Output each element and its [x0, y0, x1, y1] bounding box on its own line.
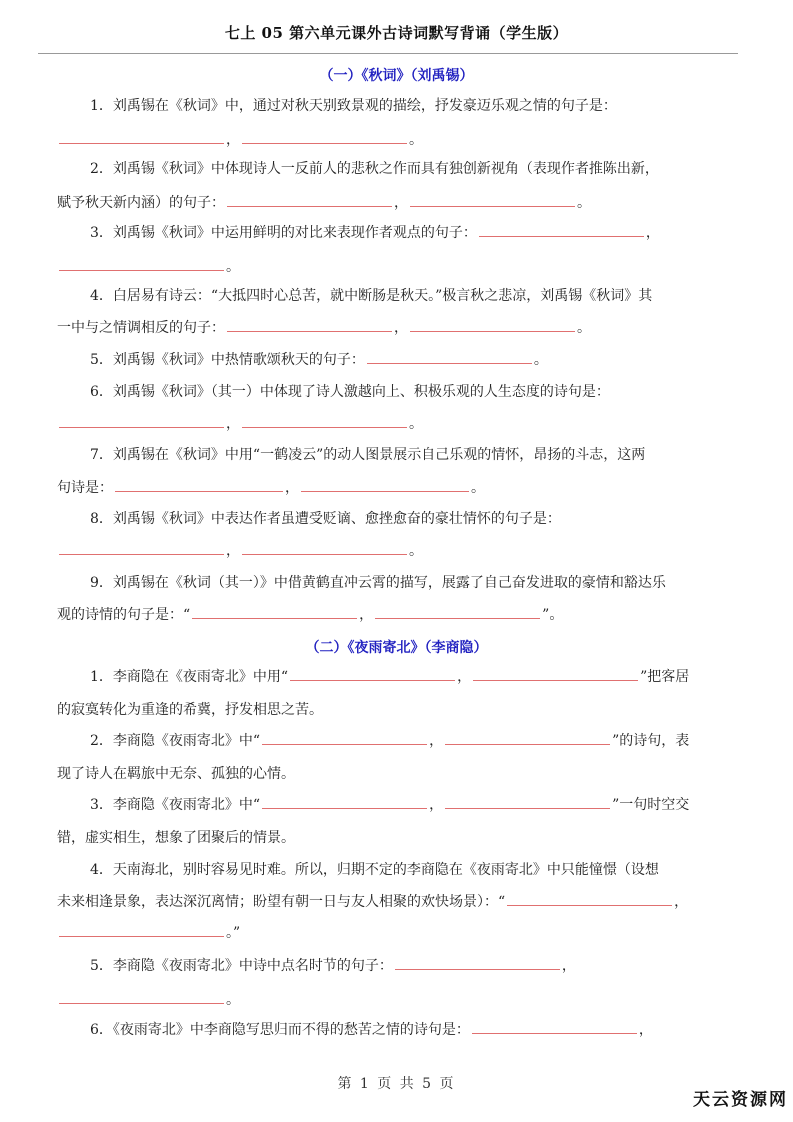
answer-blank[interactable] [410, 319, 575, 332]
question-2-4-cont: 未来相逢景象，表达深沉离情；盼望有朝一日与友人相聚的欢快场景）：“， [57, 893, 688, 911]
answer-blank[interactable] [59, 991, 224, 1004]
answer-blank[interactable] [242, 542, 407, 555]
question-2-1-cont: 的寂寞转化为重逢的希冀，抒发相思之苦。 [57, 701, 323, 719]
question-1-5: 5．刘禹锡《秋词》中热情歌颂秋天的句子：。 [90, 351, 548, 369]
answer-blank[interactable] [59, 415, 224, 428]
page-footer: 第 1 页 共 5 页 [0, 1073, 793, 1093]
answer-blank[interactable] [59, 131, 224, 144]
watermark-logo: 天云资源网 [693, 1085, 788, 1110]
answer-row-1-8: ，。 [57, 542, 423, 560]
answer-blank[interactable] [479, 224, 644, 237]
answer-row-1-1: ，。 [57, 131, 423, 149]
question-2-2: 2．李商隐《夜雨寄北》中“，”的诗句，表 [90, 732, 689, 750]
answer-blank[interactable] [395, 957, 560, 970]
answer-blank[interactable] [59, 542, 224, 555]
header-divider [38, 53, 738, 54]
answer-blank[interactable] [227, 319, 392, 332]
answer-blank[interactable] [367, 351, 532, 364]
answer-row-2-5: 。 [57, 991, 240, 1009]
question-1-2-cont: 赋予秋天新内涵）的句子：，。 [57, 194, 591, 212]
question-1-8: 8．刘禹锡《秋词》中表达作者虽遭受贬谪、愈挫愈奋的豪壮情怀的句子是： [90, 510, 561, 528]
answer-blank[interactable] [445, 796, 610, 809]
answer-blank[interactable] [262, 732, 427, 745]
section-title-yeyujibei: （二）《夜雨寄北》（李商隐） [0, 637, 793, 657]
answer-blank[interactable] [115, 479, 283, 492]
answer-blank[interactable] [445, 732, 610, 745]
answer-row-2-4: 。” [57, 924, 240, 942]
question-1-7: 7．刘禹锡在《秋词》中用“一鹤凌云”的动人图景展示自己乐观的情怀，昂扬的斗志，这… [90, 446, 645, 464]
answer-blank[interactable] [290, 668, 455, 681]
answer-blank[interactable] [242, 131, 407, 144]
answer-blank[interactable] [375, 606, 540, 619]
answer-row-1-6: ，。 [57, 415, 423, 433]
page-header-title: 七上 05 第六单元课外古诗词默写背诵（学生版） [0, 22, 793, 43]
answer-blank[interactable] [507, 893, 672, 906]
question-2-3: 3．李商隐《夜雨寄北》中“，”一句时空交 [90, 796, 689, 814]
question-1-9: 9．刘禹锡在《秋词（其一）》中借黄鹤直冲云霄的描写，展露了自己奋发进取的豪情和豁… [90, 574, 666, 592]
answer-blank[interactable] [242, 415, 407, 428]
answer-blank[interactable] [59, 924, 224, 937]
question-1-9-cont: 观的诗情的句子是：“，”。 [57, 606, 563, 624]
question-1-2: 2．刘禹锡《秋词》中体现诗人一反前人的悲秋之作而具有独创新视角（表现作者推陈出新… [90, 160, 659, 178]
answer-blank[interactable] [192, 606, 357, 619]
answer-blank[interactable] [262, 796, 427, 809]
question-2-6: 6．《夜雨寄北》中李商隐写思归而不得的愁苦之情的诗句是：， [90, 1021, 653, 1039]
question-1-6: 6．刘禹锡《秋词》（其一）中体现了诗人激越向上、积极乐观的人生态度的诗句是： [90, 383, 610, 401]
question-2-1: 1．李商隐在《夜雨寄北》中用“，”把客居 [90, 668, 689, 686]
question-2-5: 5．李商隐《夜雨寄北》中诗中点名时节的句子：， [90, 957, 576, 975]
question-2-4: 4．天南海北，别时容易见时难。所以，归期不定的李商隐在《夜雨寄北》中只能憧憬（设… [90, 861, 659, 879]
question-2-3-cont: 错，虚实相生，想象了团聚后的情景。 [57, 829, 295, 847]
answer-blank[interactable] [227, 194, 392, 207]
question-1-4-cont: 一中与之情调相反的句子：，。 [57, 319, 591, 337]
question-2-2-cont: 现了诗人在羁旅中无奈、孤独的心情。 [57, 765, 295, 783]
section-title-qiuci: （一）《秋词》（刘禹锡） [0, 65, 793, 85]
answer-blank[interactable] [59, 258, 224, 271]
question-1-7-cont: 句诗是：，。 [57, 479, 485, 497]
answer-blank[interactable] [301, 479, 469, 492]
question-1-3: 3．刘禹锡《秋词》中运用鲜明的对比来表现作者观点的句子：， [90, 224, 660, 242]
answer-blank[interactable] [473, 668, 638, 681]
answer-blank[interactable] [472, 1021, 637, 1034]
question-1-4: 4．白居易有诗云：“大抵四时心总苦，就中断肠是秋天。”极言秋之悲凉，刘禹锡《秋词… [90, 287, 652, 305]
question-1-1: 1．刘禹锡在《秋词》中，通过对秋天别致景观的描绘，抒发豪迈乐观之情的句子是： [90, 97, 617, 115]
answer-blank[interactable] [410, 194, 575, 207]
answer-row-1-3: 。 [57, 258, 240, 276]
